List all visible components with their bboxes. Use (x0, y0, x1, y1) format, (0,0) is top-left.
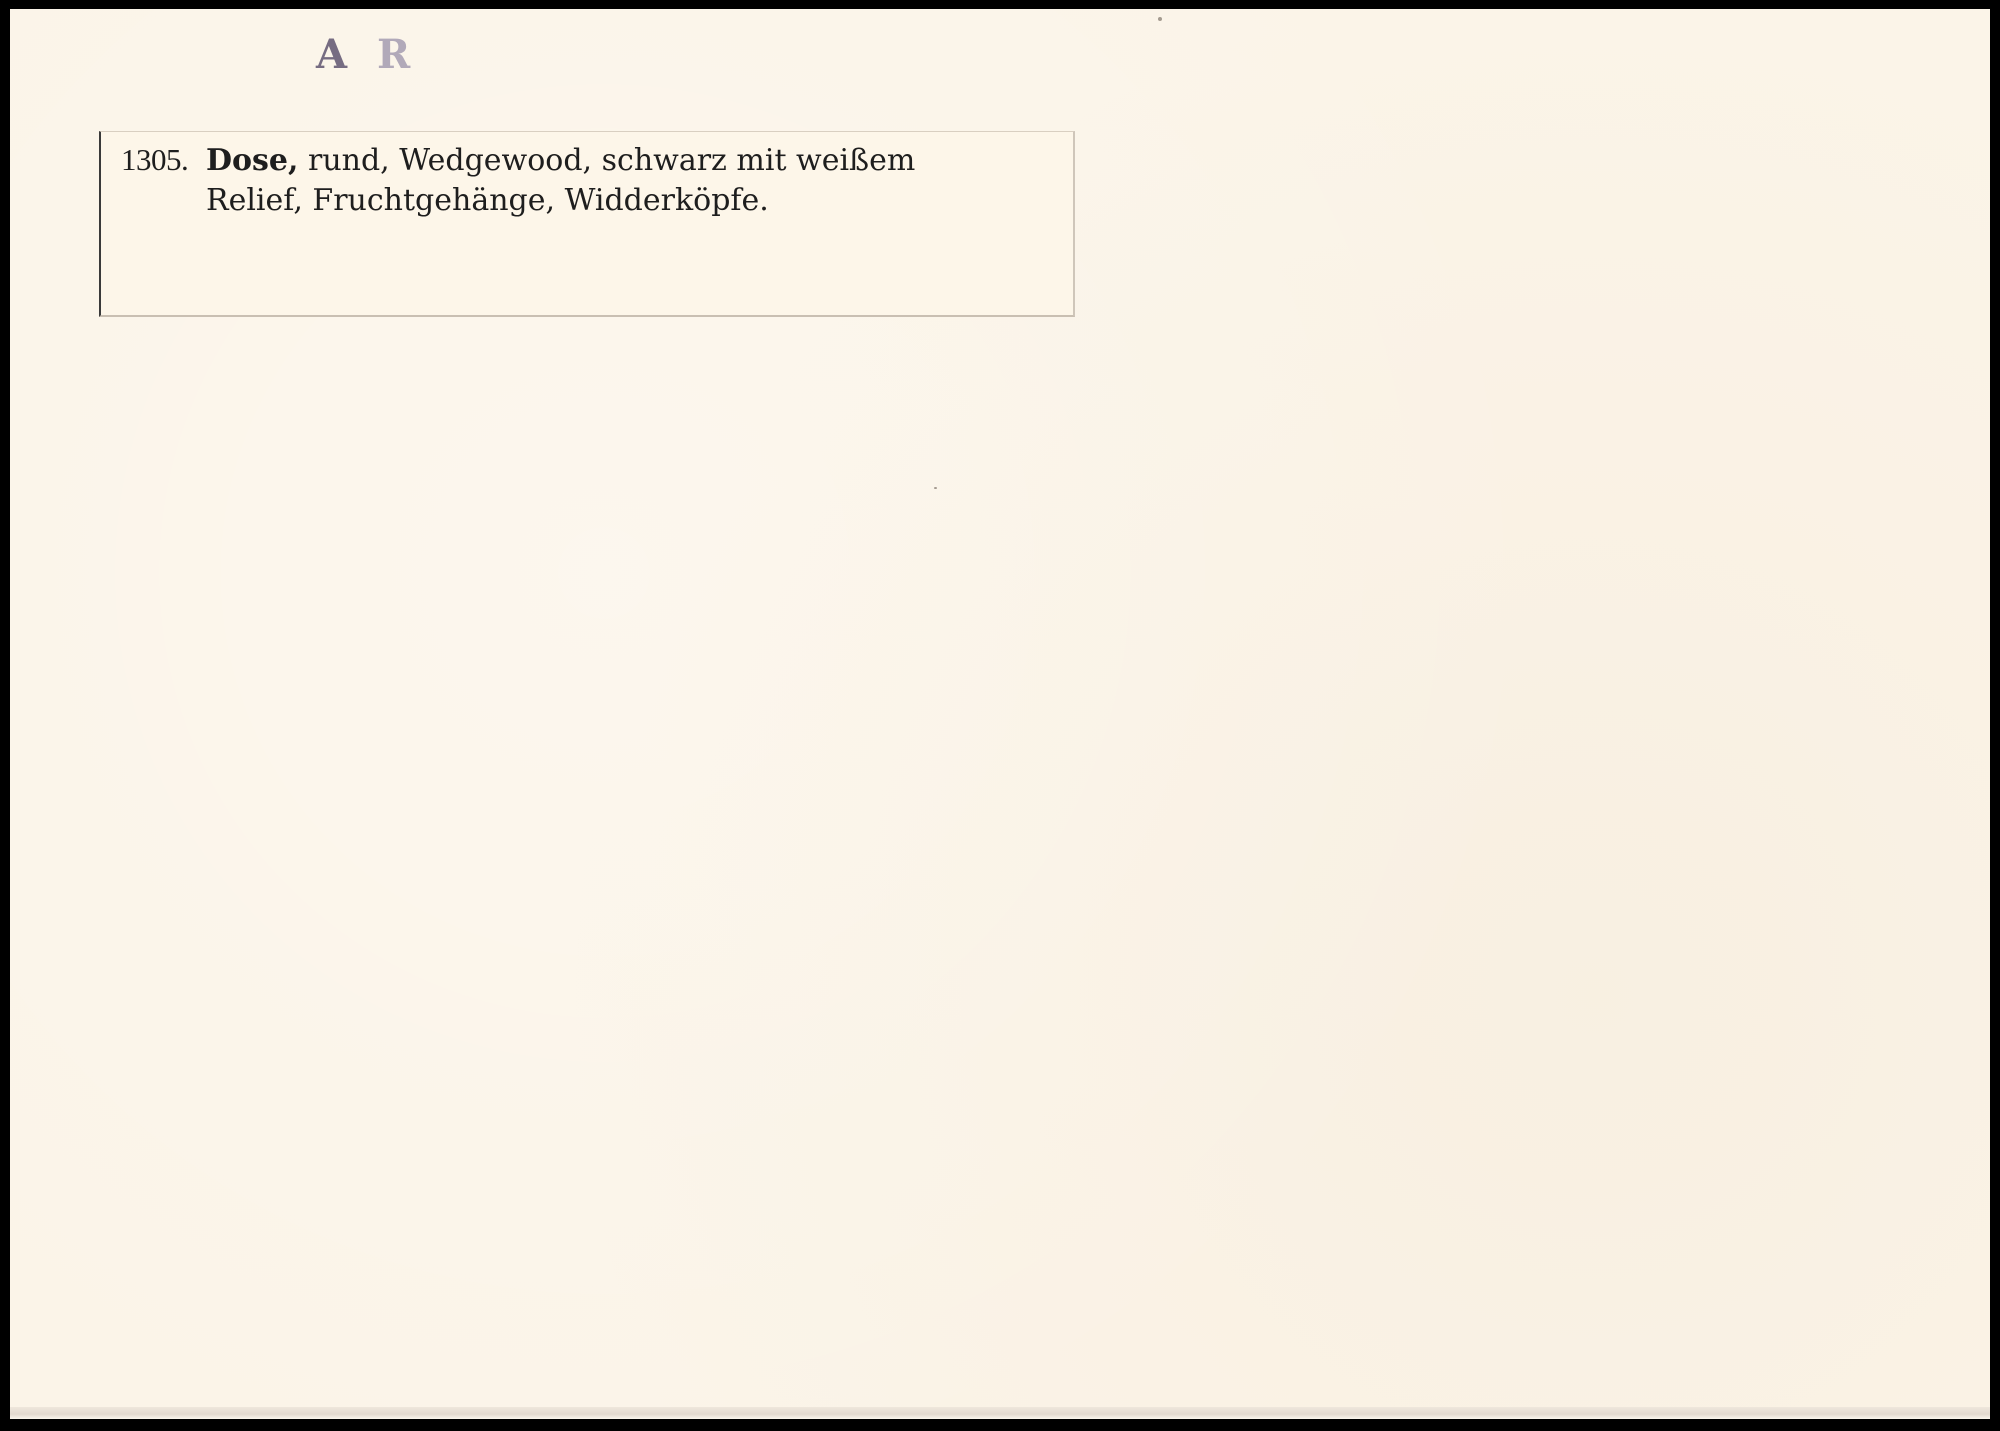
paper-speck (934, 487, 937, 489)
stamp-letter-r: R (377, 31, 440, 78)
catalog-label: 1305.Dose, rund, Wedgewood, schwarz mit … (99, 131, 1075, 317)
archival-card: AR 1305.Dose, rund, Wedgewood, schwarz m… (10, 9, 1990, 1419)
entry-line-2: Relief, Fruchtgehänge, Widderköpfe. (121, 181, 1053, 221)
entry-description-line-1: rund, Wedgewood, schwarz mit weißem (298, 143, 915, 178)
stamp-letter-a: A (316, 31, 377, 78)
paper-speck (1158, 17, 1162, 21)
catalog-entry: 1305.Dose, rund, Wedgewood, schwarz mit … (121, 140, 1053, 221)
entry-number: 1305. (121, 140, 206, 180)
ownership-stamp: AR (316, 31, 440, 78)
entry-title: Dose, (206, 143, 298, 178)
entry-description-line-2: Relief, Fruchtgehänge, Widderköpfe. (206, 183, 769, 218)
card-bottom-edge (10, 1407, 1990, 1419)
entry-line-1: 1305.Dose, rund, Wedgewood, schwarz mit … (121, 140, 1053, 181)
